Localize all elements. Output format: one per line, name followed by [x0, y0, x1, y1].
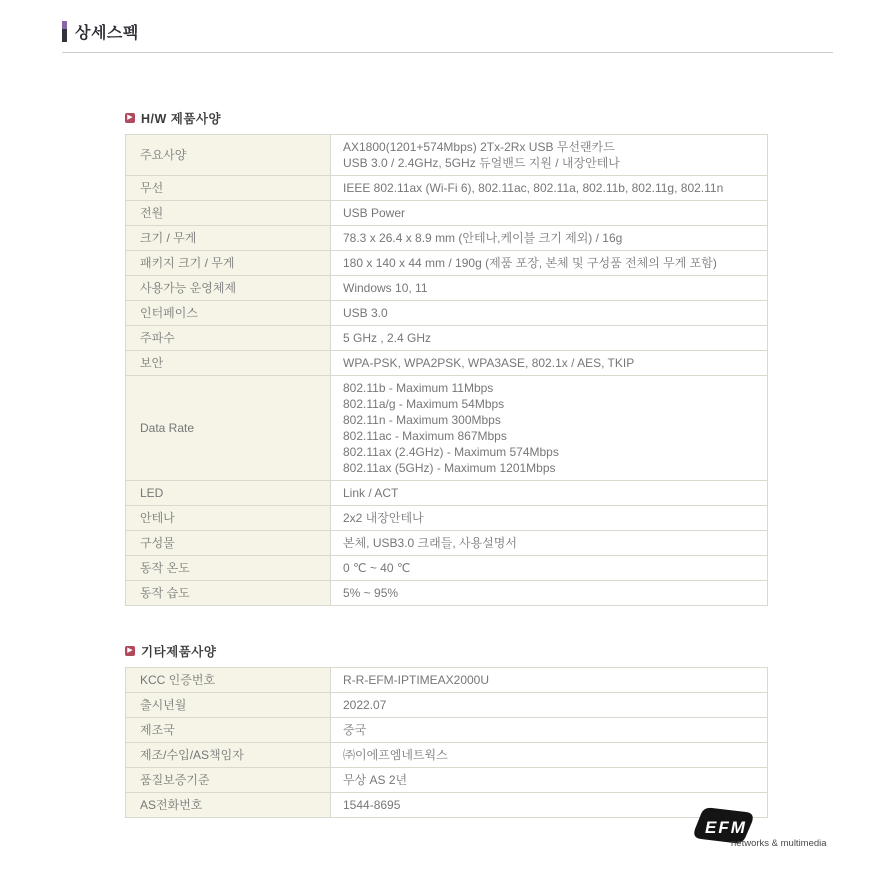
spec-row: 크기 / 무게78.3 x 26.4 x 8.9 mm (안테나,케이블 크기 … [126, 226, 768, 251]
spec-value: ㈜이에프엠네트웍스 [331, 743, 768, 768]
page-header: 상세스펙 [0, 0, 890, 53]
spec-row: 제조국중국 [126, 718, 768, 743]
spec-label: 보안 [126, 351, 331, 376]
spec-label: 주요사양 [126, 135, 331, 176]
page-title: 상세스펙 [75, 20, 139, 43]
spec-value: 5% ~ 95% [331, 581, 768, 606]
spec-label: 무선 [126, 176, 331, 201]
spec-value: 2022.07 [331, 693, 768, 718]
spec-row: 출시년월2022.07 [126, 693, 768, 718]
spec-row: LEDLink / ACT [126, 481, 768, 506]
spec-value: WPA-PSK, WPA2PSK, WPA3ASE, 802.1x / AES,… [331, 351, 768, 376]
spec-label: 주파수 [126, 326, 331, 351]
efm-logo: EFM networks & multimedia [691, 805, 831, 855]
spec-label: 제조/수입/AS책임자 [126, 743, 331, 768]
spec-row: 구성물본체, USB3.0 크래들, 사용설명서 [126, 531, 768, 556]
spec-value: 0 ℃ ~ 40 ℃ [331, 556, 768, 581]
hw-spec-table: 주요사양AX1800(1201+574Mbps) 2Tx-2Rx USB 무선랜… [125, 134, 768, 606]
spec-content: ▶ H/W 제품사양 주요사양AX1800(1201+574Mbps) 2Tx-… [125, 109, 768, 818]
spec-value: 2x2 내장안테나 [331, 506, 768, 531]
logo-tagline: networks & multimedia [731, 838, 827, 849]
spec-row: 주요사양AX1800(1201+574Mbps) 2Tx-2Rx USB 무선랜… [126, 135, 768, 176]
section-title-hw: H/W 제품사양 [141, 109, 221, 127]
spec-label: 출시년월 [126, 693, 331, 718]
spec-label: 동작 온도 [126, 556, 331, 581]
spec-label: 인터페이스 [126, 301, 331, 326]
spec-row: 제조/수입/AS책임자㈜이에프엠네트웍스 [126, 743, 768, 768]
spec-value: 78.3 x 26.4 x 8.9 mm (안테나,케이블 크기 제외) / 1… [331, 226, 768, 251]
etc-spec-table: KCC 인증번호R-R-EFM-IPTIMEAX2000U출시년월2022.07… [125, 667, 768, 818]
spec-value: 802.11b - Maximum 11Mbps 802.11a/g - Max… [331, 376, 768, 481]
spec-value: IEEE 802.11ax (Wi-Fi 6), 802.11ac, 802.1… [331, 176, 768, 201]
spec-row: 사용가능 운영체제Windows 10, 11 [126, 276, 768, 301]
spec-label: 안테나 [126, 506, 331, 531]
spec-value: 무상 AS 2년 [331, 768, 768, 793]
section-marker-icon: ▶ [125, 113, 135, 123]
spec-row: 동작 온도0 ℃ ~ 40 ℃ [126, 556, 768, 581]
spec-value: 중국 [331, 718, 768, 743]
spec-value: 180 x 140 x 44 mm / 190g (제품 포장, 본체 및 구성… [331, 251, 768, 276]
spec-row: Data Rate802.11b - Maximum 11Mbps 802.11… [126, 376, 768, 481]
spec-label: 동작 습도 [126, 581, 331, 606]
spec-row: 보안WPA-PSK, WPA2PSK, WPA3ASE, 802.1x / AE… [126, 351, 768, 376]
spec-label: 품질보증기준 [126, 768, 331, 793]
spec-label: KCC 인증번호 [126, 668, 331, 693]
spec-row: 품질보증기준무상 AS 2년 [126, 768, 768, 793]
spec-value: Windows 10, 11 [331, 276, 768, 301]
spec-row: 패키지 크기 / 무게180 x 140 x 44 mm / 190g (제품 … [126, 251, 768, 276]
title-accent-bar [62, 21, 67, 42]
spec-label: Data Rate [126, 376, 331, 481]
spec-row: KCC 인증번호R-R-EFM-IPTIMEAX2000U [126, 668, 768, 693]
spec-label: LED [126, 481, 331, 506]
spec-label: 제조국 [126, 718, 331, 743]
spec-value: 5 GHz , 2.4 GHz [331, 326, 768, 351]
spec-row: 안테나2x2 내장안테나 [126, 506, 768, 531]
spec-value: USB 3.0 [331, 301, 768, 326]
spec-label: 전원 [126, 201, 331, 226]
spec-row: 동작 습도5% ~ 95% [126, 581, 768, 606]
section-title-etc: 기타제품사양 [141, 642, 216, 660]
spec-label: 크기 / 무게 [126, 226, 331, 251]
spec-row: 전원USB Power [126, 201, 768, 226]
spec-value: AX1800(1201+574Mbps) 2Tx-2Rx USB 무선랜카드 U… [331, 135, 768, 176]
section-marker-icon: ▶ [125, 646, 135, 656]
efm-logo-graphic: EFM networks & multimedia [691, 805, 831, 855]
spec-row: 주파수5 GHz , 2.4 GHz [126, 326, 768, 351]
spec-value: 본체, USB3.0 크래들, 사용설명서 [331, 531, 768, 556]
spec-row: 인터페이스USB 3.0 [126, 301, 768, 326]
title-divider [62, 52, 833, 53]
spec-row: AS전화번호1544-8695 [126, 793, 768, 818]
section-header-hw: ▶ H/W 제품사양 [125, 109, 768, 127]
spec-label: 구성물 [126, 531, 331, 556]
spec-value: Link / ACT [331, 481, 768, 506]
spec-label: 사용가능 운영체제 [126, 276, 331, 301]
spec-label: AS전화번호 [126, 793, 331, 818]
logo-brand-text: EFM [705, 818, 747, 837]
section-header-etc: ▶ 기타제품사양 [125, 642, 768, 660]
spec-value: USB Power [331, 201, 768, 226]
spec-row: 무선IEEE 802.11ax (Wi-Fi 6), 802.11ac, 802… [126, 176, 768, 201]
spec-value: R-R-EFM-IPTIMEAX2000U [331, 668, 768, 693]
spec-label: 패키지 크기 / 무게 [126, 251, 331, 276]
